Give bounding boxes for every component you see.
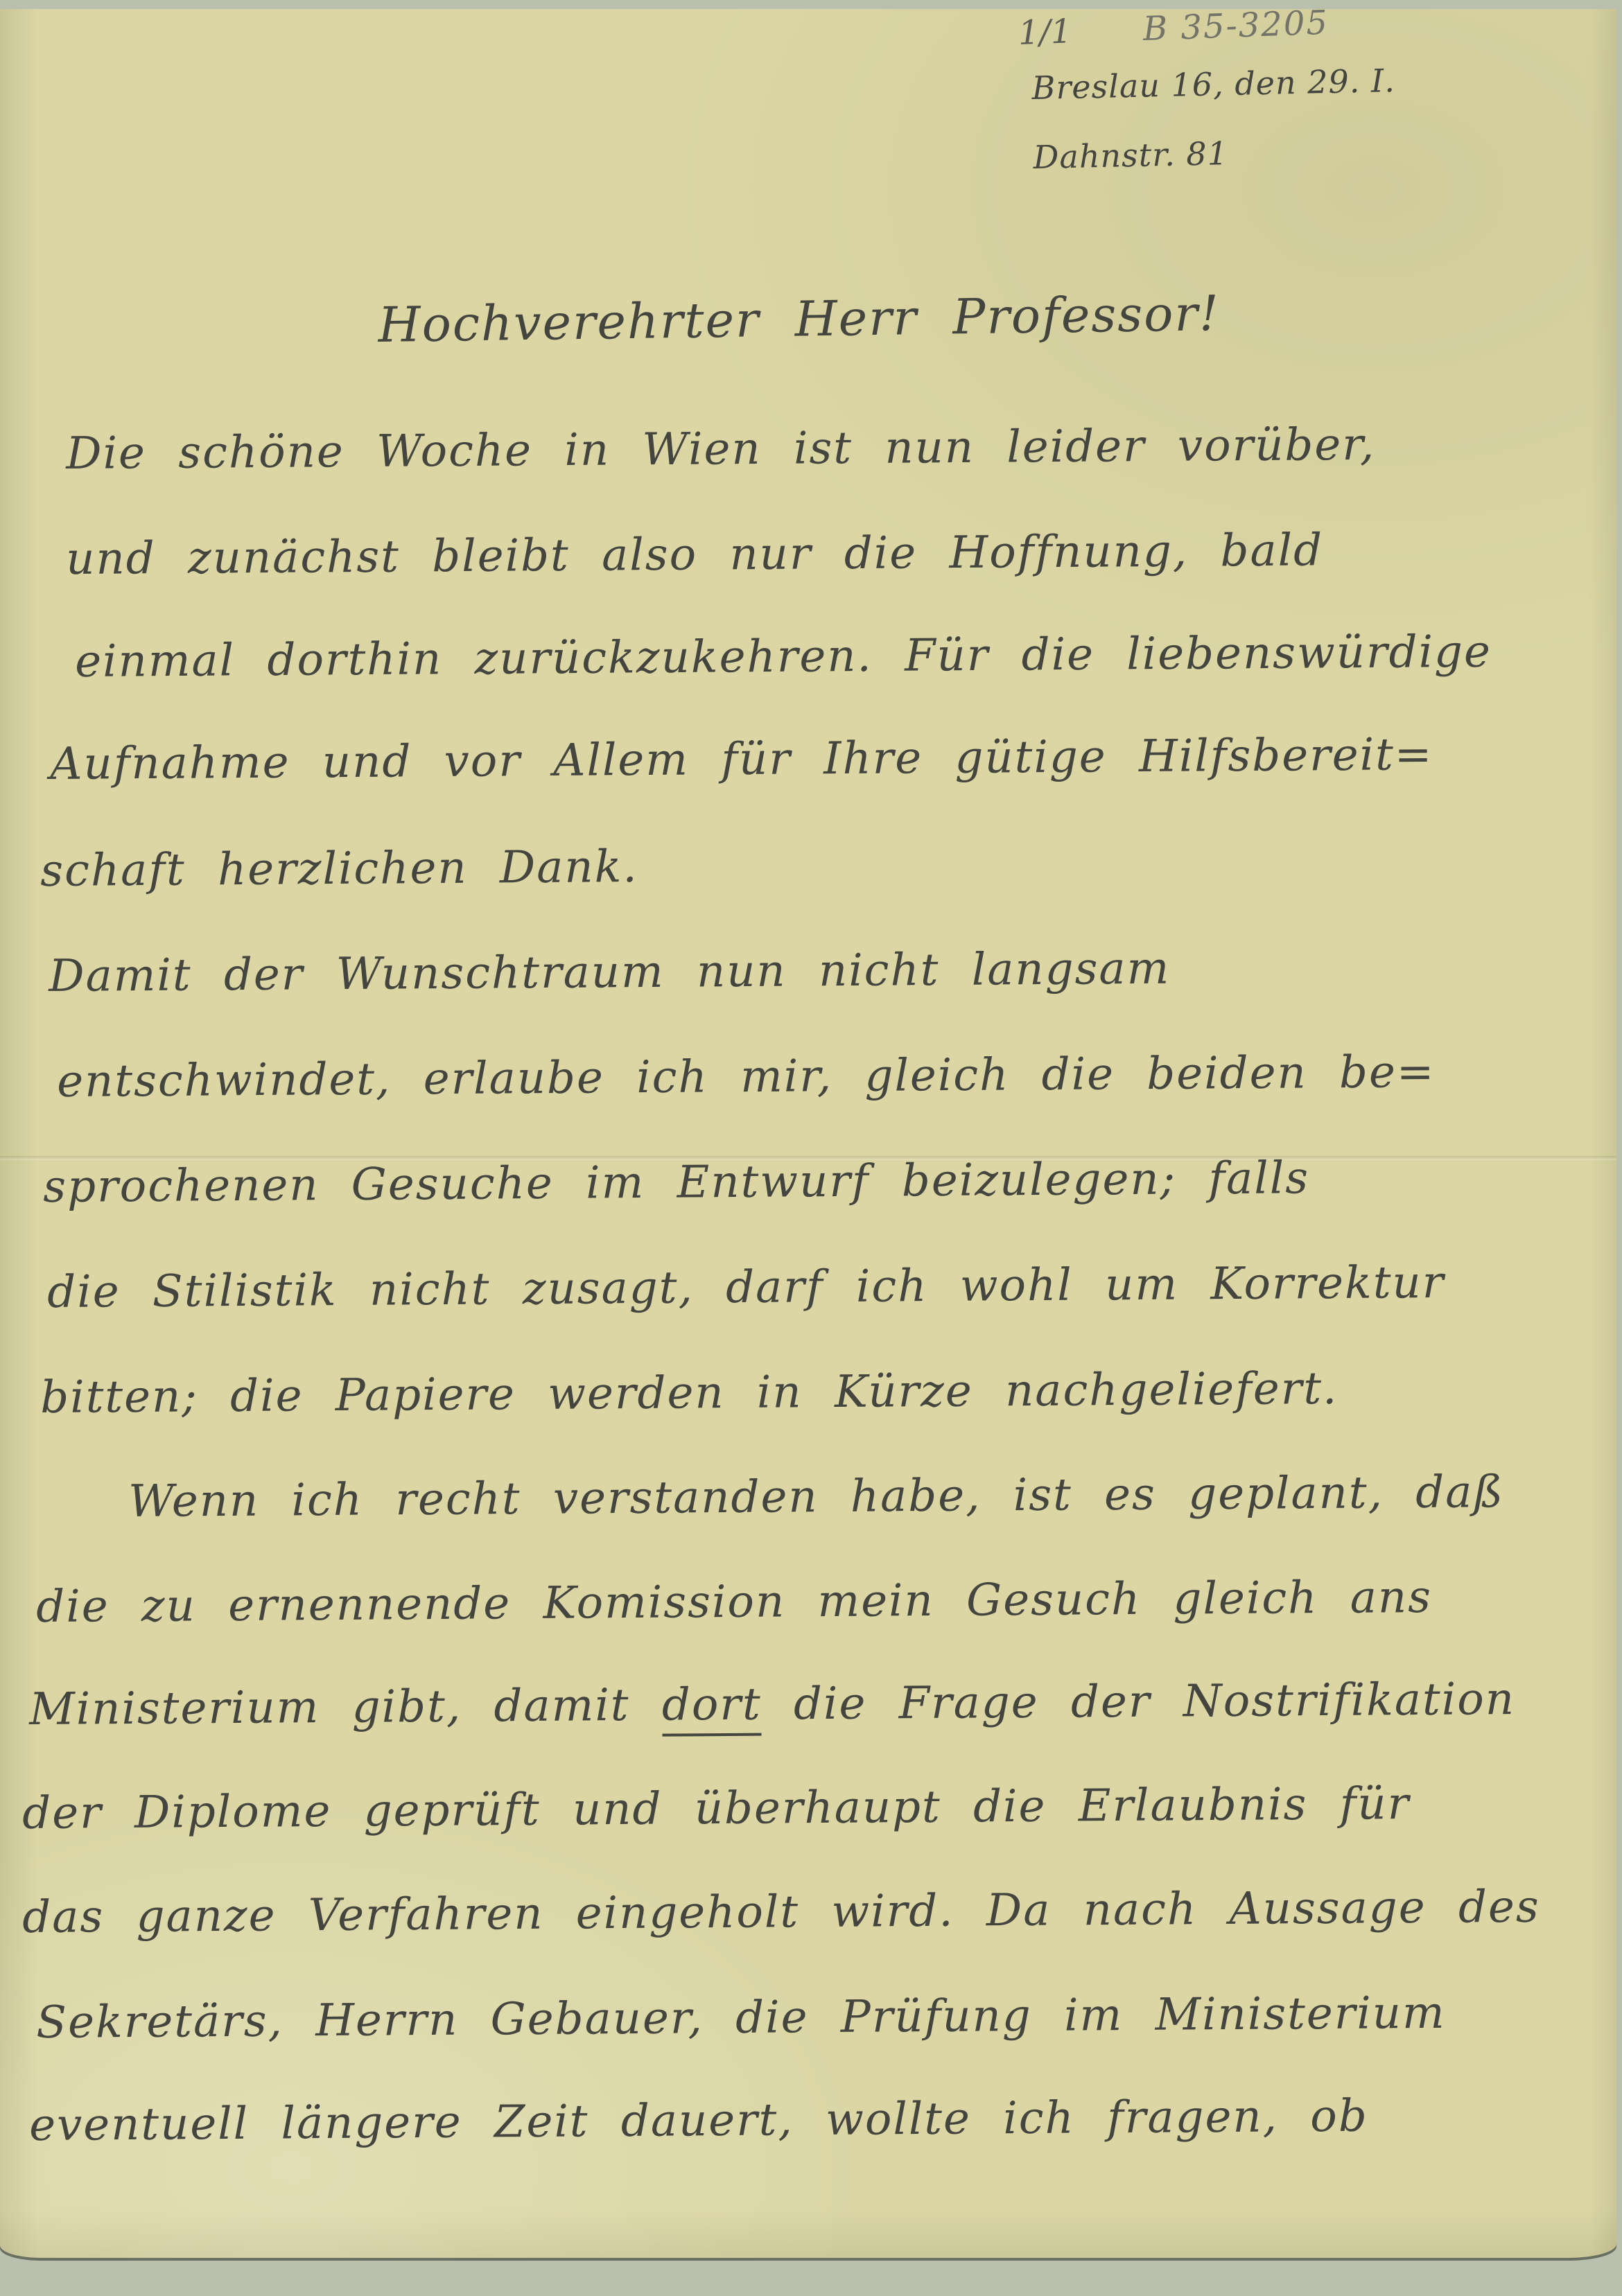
line-segment-post: die Frage der Nostrifikation [761, 1674, 1515, 1730]
page-marker: 1/1 [1018, 12, 1072, 53]
letter-line: Sekretärs, Herrn Gebauer, die Prüfung im… [36, 1988, 1446, 2049]
letter-line: Damit der Wunschtraum nun nicht langsam [49, 943, 1171, 1002]
letter-line-with-underline: Ministerium gibt, damit dort die Frage d… [29, 1674, 1515, 1735]
letter-line: eventuell längere Zeit dauert, wollte ic… [29, 2091, 1368, 2151]
letter-line: der Diplome geprüft und überhaupt die Er… [22, 1778, 1410, 1839]
date-line: Breslau 16, den 29. I. [1031, 62, 1395, 107]
letter-line: entschwindet, erlaube ich mir, gleich di… [57, 1046, 1436, 1107]
underlined-word: dort [662, 1679, 762, 1737]
letter-line: Die schöne Woche in Wien ist nun leider … [66, 419, 1375, 480]
salutation: Hochverehrter Herr Professor! [378, 285, 1220, 353]
letter-line: die zu ernennende Komission mein Gesuch … [36, 1572, 1432, 1633]
letter-line: das ganze Verfahren eingeholt wird. Da n… [22, 1882, 1540, 1943]
catalog-number: B 35-3205 [1142, 3, 1329, 49]
letter-line: Wenn ich recht verstanden habe, ist es g… [128, 1466, 1504, 1527]
letter-line: einmal dorthin zurückzukehren. Für die l… [75, 626, 1492, 687]
letter-line: bitten; die Papiere werden in Kürze nach… [40, 1363, 1338, 1423]
letter-line: und zunächst bleibt also nur die Hoffnun… [66, 525, 1323, 585]
letter-line: Aufnahme und vor Allem für Ihre gütige H… [50, 729, 1433, 790]
line-segment-pre: Ministerium gibt, damit [29, 1680, 662, 1735]
address-line: Dahnstr. 81 [1033, 134, 1228, 176]
letter-line: sprochenen Gesuche im Entwurf beizulegen… [43, 1153, 1309, 1213]
letter-line: die Stilistik nicht zusagt, darf ich woh… [47, 1257, 1445, 1318]
letter-line: schaft herzlichen Dank. [40, 841, 638, 897]
